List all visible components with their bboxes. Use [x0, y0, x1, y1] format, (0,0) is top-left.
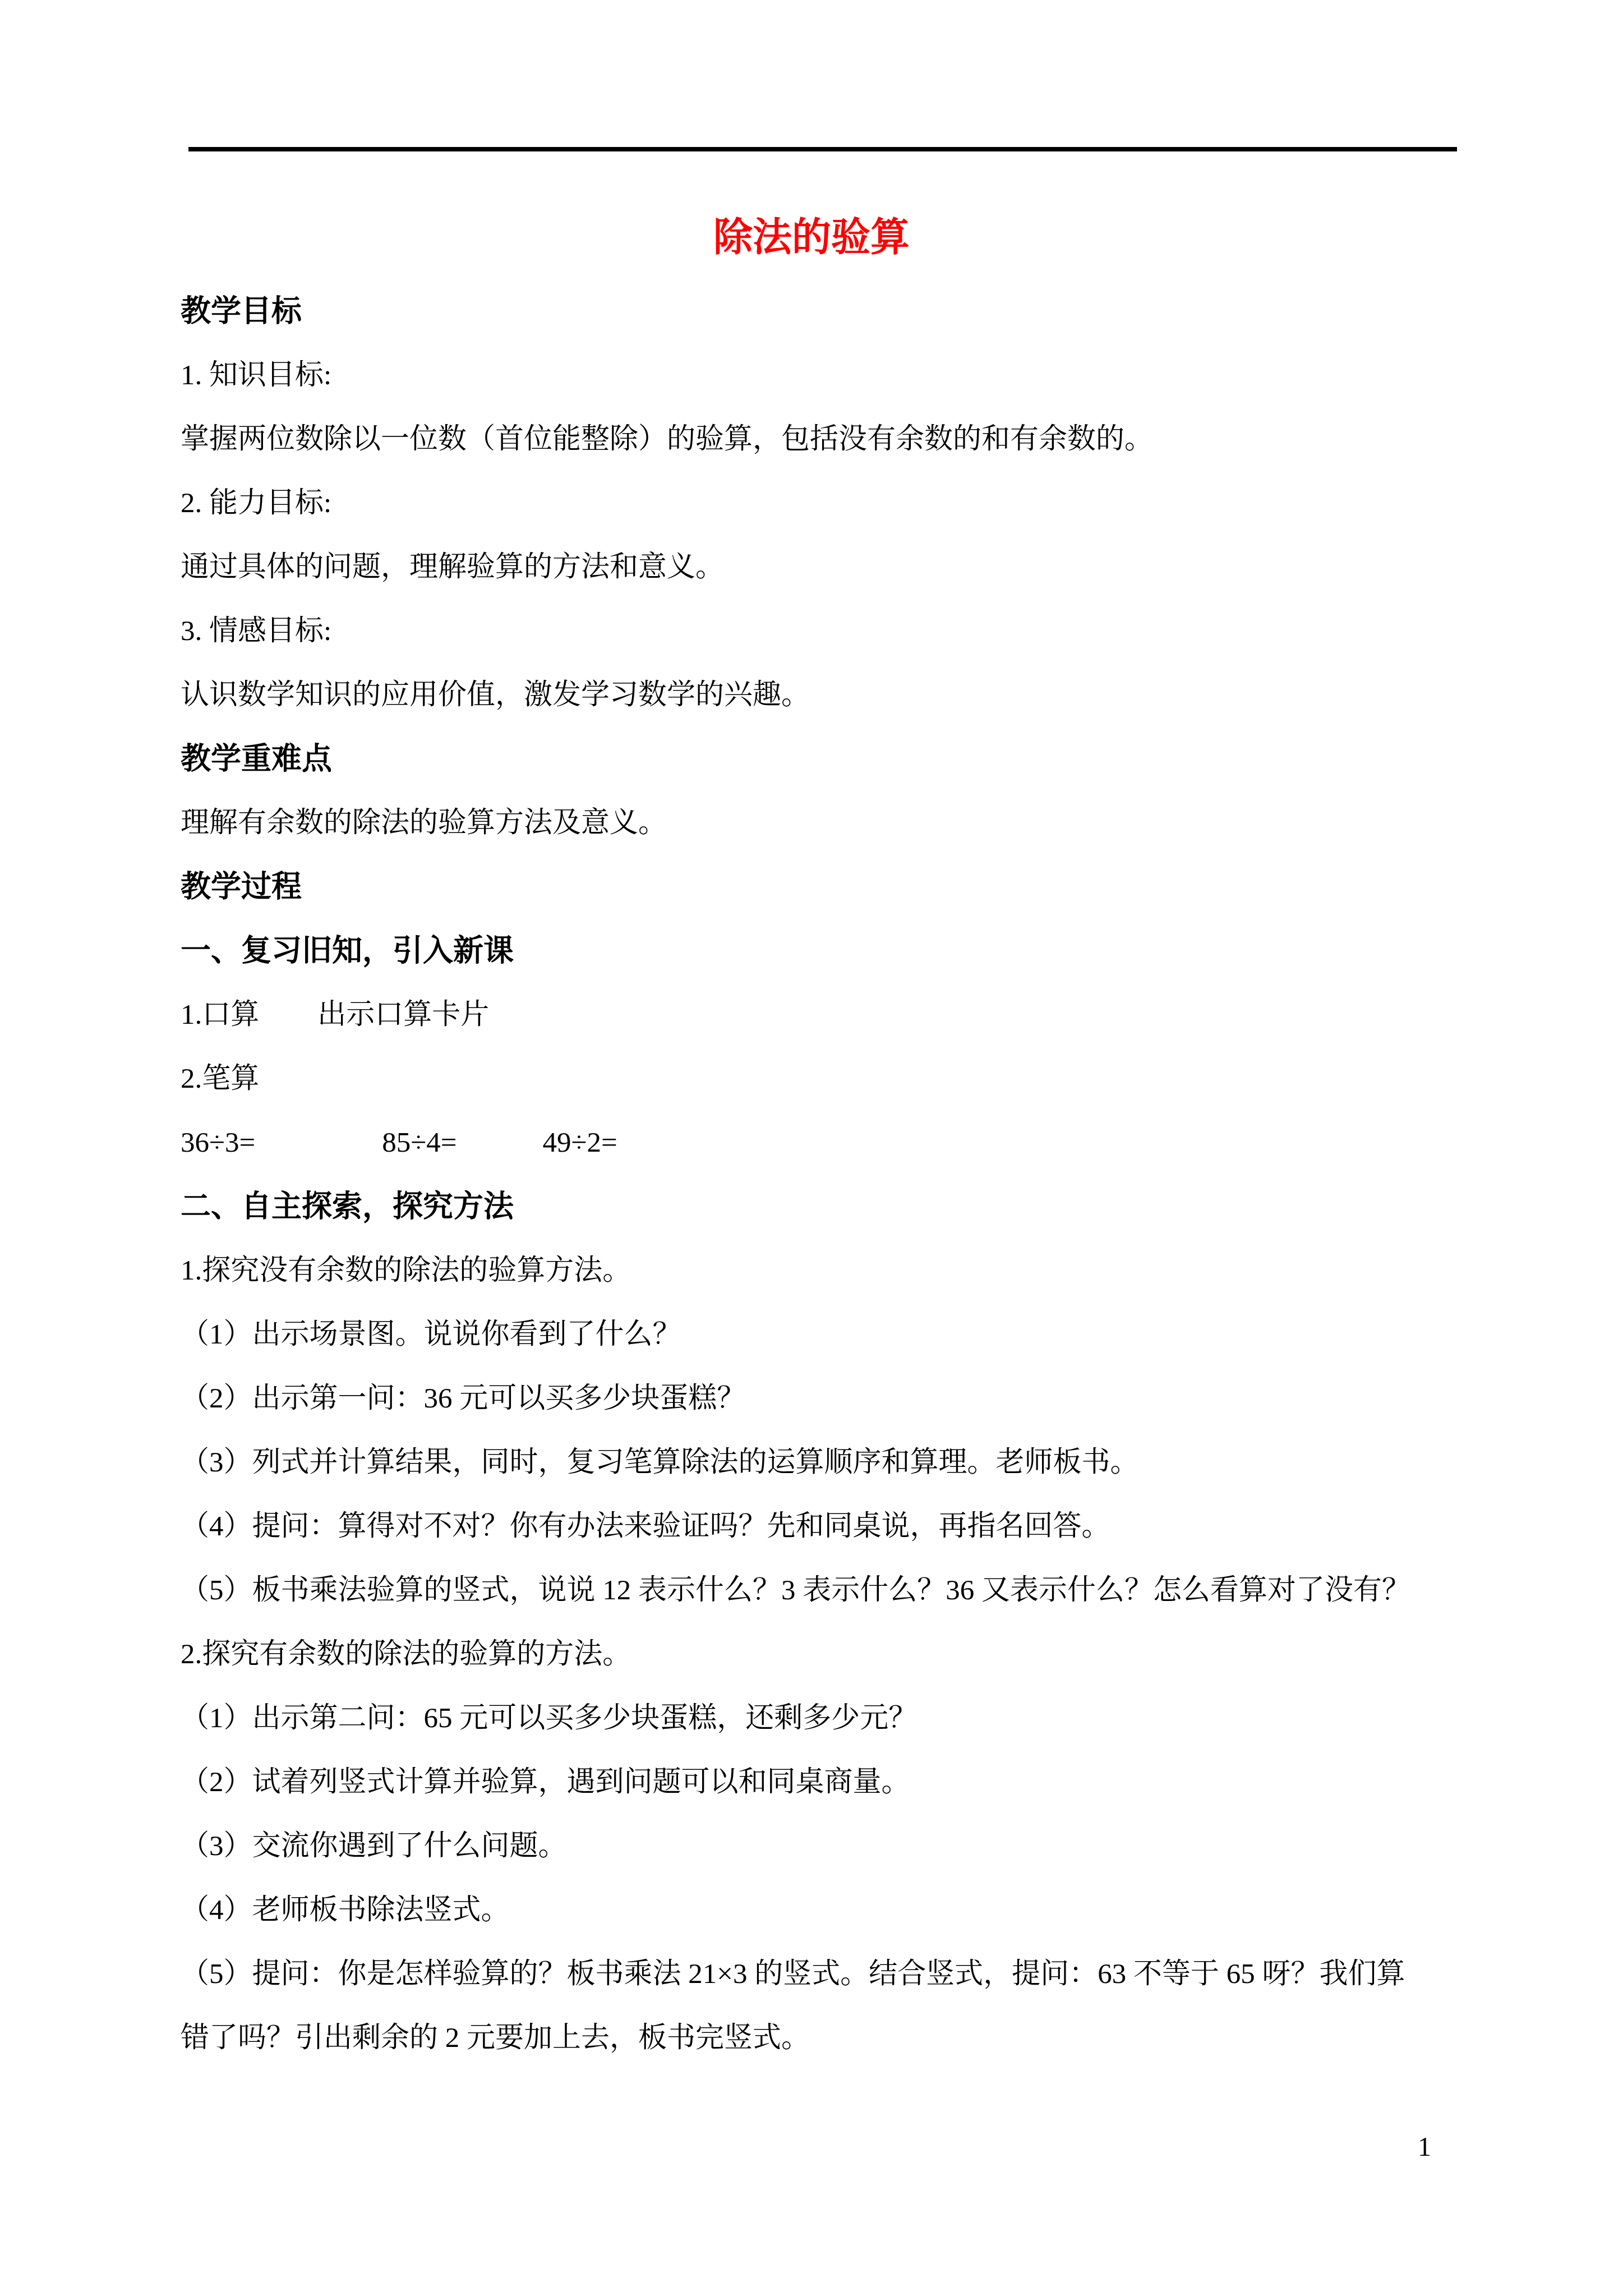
document-page: 除法的验算 教学目标 1. 知识目标: 掌握两位数除以一位数（首位能整除）的验算… — [0, 0, 1623, 2296]
body-line: （5）提问：你是怎样验算的？板书乘法 21×3 的竖式。结合竖式，提问：63 不… — [181, 1942, 1448, 2006]
body-line: （2）出示第一问：36 元可以买多少块蛋糕？ — [181, 1366, 1448, 1430]
body-line: 理解有余数的除法的验算方法及意义。 — [181, 791, 1448, 855]
body-line: 1. 知识目标: — [181, 343, 1448, 407]
header-rule-divider — [188, 147, 1457, 151]
body-line: 认识数学知识的应用价值，激发学习数学的兴趣。 — [181, 663, 1448, 727]
body-line: （1）出示场景图。说说你看到了什么？ — [181, 1303, 1448, 1366]
body-line: 通过具体的问题，理解验算的方法和意义。 — [181, 535, 1448, 599]
section-heading-objectives: 教学目标 — [181, 279, 1448, 343]
body-line: （3）列式并计算结果，同时，复习笔算除法的运算顺序和算理。老师板书。 — [181, 1430, 1448, 1494]
body-line: 3. 情感目标: — [181, 599, 1448, 663]
page-number: 1 — [1394, 2131, 1455, 2164]
equation-2: 85÷4= — [382, 1127, 457, 1158]
body-line: （4）提问：算得对不对？你有办法来验证吗？先和同桌说，再指名回答。 — [181, 1494, 1448, 1558]
body-line: （1）出示第二问：65 元可以买多少块蛋糕，还剩多少元？ — [181, 1686, 1448, 1750]
page-title: 除法的验算 — [0, 215, 1623, 262]
section-heading-step-two: 二、自主探索，探究方法 — [181, 1175, 1448, 1239]
document-body: 教学目标 1. 知识目标: 掌握两位数除以一位数（首位能整除）的验算，包括没有余… — [181, 279, 1448, 2070]
body-line-equations: 36÷3=85÷4=49÷2= — [181, 1111, 1448, 1175]
body-line: 2. 能力目标: — [181, 471, 1448, 535]
body-line: 2.探究有余数的除法的验算的方法。 — [181, 1622, 1448, 1686]
body-line: 1.探究没有余数的除法的验算方法。 — [181, 1239, 1448, 1303]
body-line: 掌握两位数除以一位数（首位能整除）的验算，包括没有余数的和有余数的。 — [181, 407, 1448, 471]
oral-practice-label: 1.口算 — [181, 999, 259, 1030]
body-line: 2.笔算 — [181, 1047, 1448, 1111]
section-heading-process: 教学过程 — [181, 855, 1448, 919]
equation-3: 49÷2= — [543, 1127, 617, 1158]
body-line: （5）板书乘法验算的竖式，说说 12 表示什么？3 表示什么？36 又表示什么？… — [181, 1558, 1448, 1622]
body-line: （3）交流你遇到了什么问题。 — [181, 1814, 1448, 1878]
body-line: （2）试着列竖式计算并验算，遇到问题可以和同桌商量。 — [181, 1750, 1448, 1814]
oral-practice-cards: 出示口算卡片 — [317, 999, 489, 1030]
section-heading-key-points: 教学重难点 — [181, 727, 1448, 791]
body-line: 错了吗？引出剩余的 2 元要加上去，板书完竖式。 — [181, 2006, 1448, 2070]
body-line: （4）老师板书除法竖式。 — [181, 1878, 1448, 1942]
body-line-oral-practice: 1.口算出示口算卡片 — [181, 983, 1448, 1047]
equation-1: 36÷3= — [181, 1127, 255, 1158]
section-heading-step-one: 一、复习旧知，引入新课 — [181, 919, 1448, 983]
